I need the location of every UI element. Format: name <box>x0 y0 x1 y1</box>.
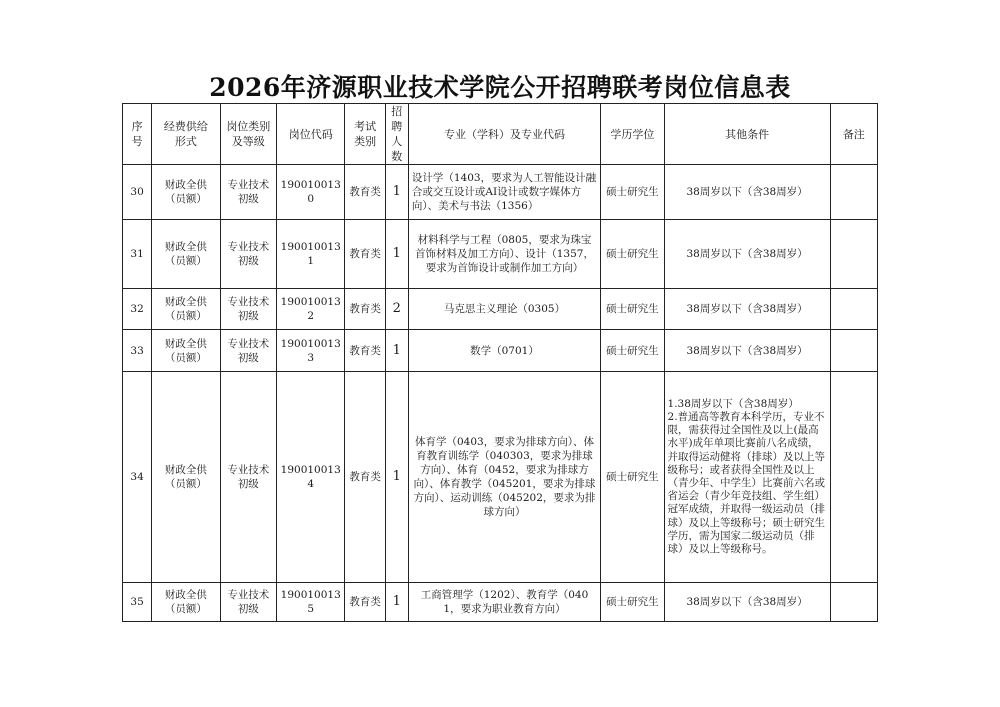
cell-seq: 31 <box>123 220 152 289</box>
position-info-table: 序 号 经费供给 形式 岗位类别 及等级 岗位代码 考试 类别 招聘 人数 专业… <box>122 103 878 622</box>
cell-post-code: 1900100133 <box>277 330 345 372</box>
cell-conditions: 38周岁以下（含38周岁） <box>664 583 830 622</box>
cell-conditions: 38周岁以下（含38周岁） <box>664 165 830 220</box>
cell-degree: 硕士研究生 <box>601 372 664 583</box>
cell-post-code: 1900100132 <box>277 289 345 330</box>
cell-major: 工商管理学（1202）、教育学（0401，要求为职业教育方向） <box>408 583 600 622</box>
cell-conditions: 38周岁以下（含38周岁） <box>664 289 830 330</box>
header-post-type: 岗位类别 及等级 <box>220 104 276 165</box>
cell-post-code: 1900100131 <box>277 220 345 289</box>
cell-major: 设计学（1403，要求为人工智能设计融合或交互设计或AI设计或数字媒体方向）、美… <box>408 165 600 220</box>
header-major: 专业（学科）及专业代码 <box>408 104 600 165</box>
table-row: 35 财政全供 （员额） 专业技术 初级 1900100135 教育类 1 工商… <box>123 583 878 622</box>
cell-post-type: 专业技术 初级 <box>220 372 276 583</box>
cell-degree: 硕士研究生 <box>601 330 664 372</box>
cell-remarks <box>830 220 877 289</box>
cell-funding: 财政全供 （员额） <box>152 220 220 289</box>
table-row: 31 财政全供 （员额） 专业技术 初级 1900100131 教育类 1 材料… <box>123 220 878 289</box>
cell-conditions: 1.38周岁以下（含38周岁） 2.普通高等教育本科学历，专业不限，需获得过全国… <box>664 372 830 583</box>
cell-conditions: 38周岁以下（含38周岁） <box>664 220 830 289</box>
cell-exam-type: 教育类 <box>345 372 385 583</box>
table-row: 33 财政全供 （员额） 专业技术 初级 1900100133 教育类 1 数学… <box>123 330 878 372</box>
cell-seq: 32 <box>123 289 152 330</box>
cell-post-type: 专业技术 初级 <box>220 583 276 622</box>
cell-post-type: 专业技术 初级 <box>220 165 276 220</box>
cell-count: 1 <box>385 583 408 622</box>
cell-exam-type: 教育类 <box>345 583 385 622</box>
cell-post-code: 1900100135 <box>277 583 345 622</box>
cell-exam-type: 教育类 <box>345 330 385 372</box>
header-count: 招聘 人数 <box>385 104 408 165</box>
header-degree: 学历学位 <box>601 104 664 165</box>
cell-major: 体育学（0403，要求为排球方向）、体育教育训练学（040303，要求为排球方向… <box>408 372 600 583</box>
cell-post-type: 专业技术 初级 <box>220 220 276 289</box>
cell-count: 1 <box>385 372 408 583</box>
cell-count: 1 <box>385 330 408 372</box>
cell-count: 1 <box>385 220 408 289</box>
page-title: 2026年济源职业技术学院公开招聘联考岗位信息表 <box>0 68 1000 104</box>
cell-seq: 35 <box>123 583 152 622</box>
table-header-row: 序 号 经费供给 形式 岗位类别 及等级 岗位代码 考试 类别 招聘 人数 专业… <box>123 104 878 165</box>
cell-major: 数学（0701） <box>408 330 600 372</box>
cell-post-type: 专业技术 初级 <box>220 330 276 372</box>
table-row: 34 财政全供 （员额） 专业技术 初级 1900100134 教育类 1 体育… <box>123 372 878 583</box>
cell-conditions: 38周岁以下（含38周岁） <box>664 330 830 372</box>
cell-degree: 硕士研究生 <box>601 165 664 220</box>
cell-degree: 硕士研究生 <box>601 583 664 622</box>
cell-degree: 硕士研究生 <box>601 220 664 289</box>
header-remarks: 备注 <box>830 104 877 165</box>
header-conditions: 其他条件 <box>664 104 830 165</box>
cell-seq: 30 <box>123 165 152 220</box>
cell-post-type: 专业技术 初级 <box>220 289 276 330</box>
cell-exam-type: 教育类 <box>345 165 385 220</box>
cell-exam-type: 教育类 <box>345 220 385 289</box>
cell-remarks <box>830 165 877 220</box>
cell-exam-type: 教育类 <box>345 289 385 330</box>
header-seq: 序 号 <box>123 104 152 165</box>
cell-remarks <box>830 583 877 622</box>
cell-remarks <box>830 289 877 330</box>
cell-post-code: 1900100130 <box>277 165 345 220</box>
cell-funding: 财政全供 （员额） <box>152 289 220 330</box>
header-exam-type: 考试 类别 <box>345 104 385 165</box>
cell-degree: 硕士研究生 <box>601 289 664 330</box>
cell-major: 材料科学与工程（0805，要求为珠宝首饰材料及加工方向）、设计（1357，要求为… <box>408 220 600 289</box>
cell-funding: 财政全供 （员额） <box>152 372 220 583</box>
cell-remarks <box>830 330 877 372</box>
cell-seq: 34 <box>123 372 152 583</box>
cell-funding: 财政全供 （员额） <box>152 165 220 220</box>
cell-count: 1 <box>385 165 408 220</box>
table-row: 32 财政全供 （员额） 专业技术 初级 1900100132 教育类 2 马克… <box>123 289 878 330</box>
cell-seq: 33 <box>123 330 152 372</box>
header-funding: 经费供给 形式 <box>152 104 220 165</box>
header-post-code: 岗位代码 <box>277 104 345 165</box>
table-row: 30 财政全供 （员额） 专业技术 初级 1900100130 教育类 1 设计… <box>123 165 878 220</box>
cell-post-code: 1900100134 <box>277 372 345 583</box>
cell-count: 2 <box>385 289 408 330</box>
cell-major: 马克思主义理论（0305） <box>408 289 600 330</box>
cell-remarks <box>830 372 877 583</box>
cell-funding: 财政全供 （员额） <box>152 330 220 372</box>
cell-funding: 财政全供 （员额） <box>152 583 220 622</box>
